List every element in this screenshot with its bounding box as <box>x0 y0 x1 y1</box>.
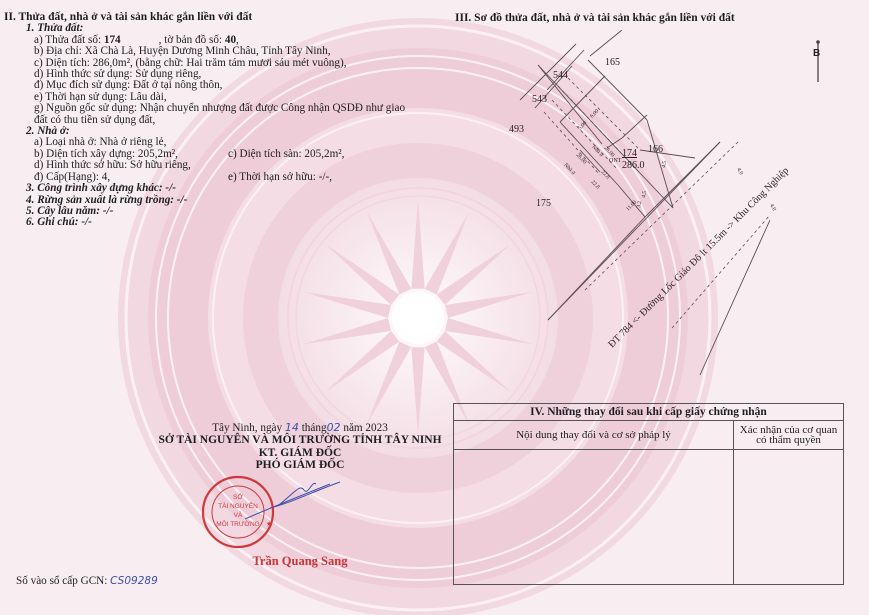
col-change-content: Nội dung thay đổi và cơ sở pháp lý <box>454 421 734 449</box>
col-authority-confirmation: Xác nhận của cơ quancó thẩm quyền <box>734 421 843 449</box>
north-arrow-icon: B <box>813 40 820 82</box>
gcn-number-value: CS09289 <box>110 575 158 587</box>
gcn-registration-number: Số vào sổ cấp GCN: CS09289 <box>16 575 158 587</box>
svg-text:4.5: 4.5 <box>641 190 648 198</box>
authority-confirmation-cell <box>734 450 843 585</box>
other-constructions: 3. Công trình xây dựng khác: -/- <box>4 183 405 194</box>
svg-text:22.8: 22.8 <box>600 169 611 180</box>
house-floor-area: c) Diện tích sàn: 205,2m², <box>228 149 344 160</box>
svg-text:TÀI NGUYÊN: TÀI NGUYÊN <box>218 501 258 510</box>
svg-text:4.0: 4.0 <box>768 203 777 212</box>
house-ownership-form: d) Hình thức sở hữu: Sở hữu riêng, <box>4 160 405 171</box>
handwritten-month: 02 <box>327 421 341 434</box>
svg-text:22.8: 22.8 <box>590 179 601 190</box>
svg-text:26.00: 26.00 <box>575 152 588 165</box>
parcel-diagram: 165 544 543 166 493 175 ONT 174 286.0 5.… <box>440 30 869 390</box>
kt-director: KT. GIÁM ĐỐC <box>150 447 450 460</box>
svg-text:MÔI TRƯỜNG: MÔI TRƯỜNG <box>216 519 260 528</box>
neighbor-165: 165 <box>605 57 620 68</box>
neighbor-175: 175 <box>536 198 551 209</box>
neighbor-544: 544 <box>553 70 568 81</box>
svg-text:B: B <box>813 48 820 59</box>
svg-text:★: ★ <box>266 520 272 528</box>
svg-text:3.2: 3.2 <box>636 200 643 208</box>
house-ownership-term: e) Thời hạn sở hữu: -/-, <box>228 172 332 183</box>
issue-place-date: Tây Ninh, ngày 14 tháng02 năm 2023 <box>150 421 450 434</box>
land-origin-line1: g) Nguồn gốc sử dụng: Nhận chuyển nhượng… <box>4 103 405 114</box>
map-sheet-number: 40 <box>225 34 236 46</box>
land-address: b) Địa chỉ: Xã Chà Là, Huyện Dương Minh … <box>4 46 405 57</box>
svg-text:6.00: 6.00 <box>589 108 600 119</box>
parcel-number-label: 174 <box>622 148 637 159</box>
svg-text:26.00: 26.00 <box>603 145 616 158</box>
svg-text:4.5: 4.5 <box>661 160 668 168</box>
neighbor-543: 543 <box>532 94 547 105</box>
parcel-number: 174 <box>104 34 121 46</box>
signer-name: Trần Quang Sang <box>150 554 450 569</box>
svg-text:4.0: 4.0 <box>735 167 744 176</box>
section-4-title: IV. Những thay đổi sau khi cấp giấy chứn… <box>454 404 843 421</box>
signature-block: Tây Ninh, ngày 14 tháng02 năm 2023 SỞ TÀ… <box>150 421 450 472</box>
svg-text:5.00: 5.00 <box>577 120 588 131</box>
neighbor-493: 493 <box>509 124 524 135</box>
parcel-area-label: 286.0 <box>622 160 645 171</box>
svg-text:Nhà ở: Nhà ở <box>591 144 605 158</box>
parcel-use-code: ONT <box>609 158 622 164</box>
issuing-authority: SỞ TÀI NGUYÊN VÀ MÔI TRƯỜNG TỈNH TÂY NIN… <box>150 434 450 447</box>
svg-text:Nhà ở: Nhà ở <box>563 162 577 176</box>
section-3-title: III. Sơ đồ thửa đất, nhà ở và tài sản kh… <box>455 13 735 24</box>
official-stamp-icon: SỞ TÀI NGUYÊN VÀ MÔI TRƯỜNG ★ <box>200 474 360 554</box>
svg-text:SỞ: SỞ <box>233 492 243 501</box>
section-2-land-house-info: II. Thửa đất, nhà ở và tài sản khác gắn … <box>4 12 405 229</box>
change-content-cell <box>454 450 734 585</box>
handwritten-day: 14 <box>285 421 299 434</box>
svg-text:VÀ: VÀ <box>234 510 243 519</box>
road-label: ĐT 784 <- Đường Lốc Giáo Đô lt 15.5m -> … <box>606 165 791 350</box>
notes: 6. Ghi chú: -/- <box>4 217 405 228</box>
neighbor-166: 166 <box>648 144 663 155</box>
deputy-director: PHÓ GIÁM ĐỐC <box>150 459 450 472</box>
section-4-changes-table: IV. Những thay đổi sau khi cấp giấy chứn… <box>453 403 844 585</box>
